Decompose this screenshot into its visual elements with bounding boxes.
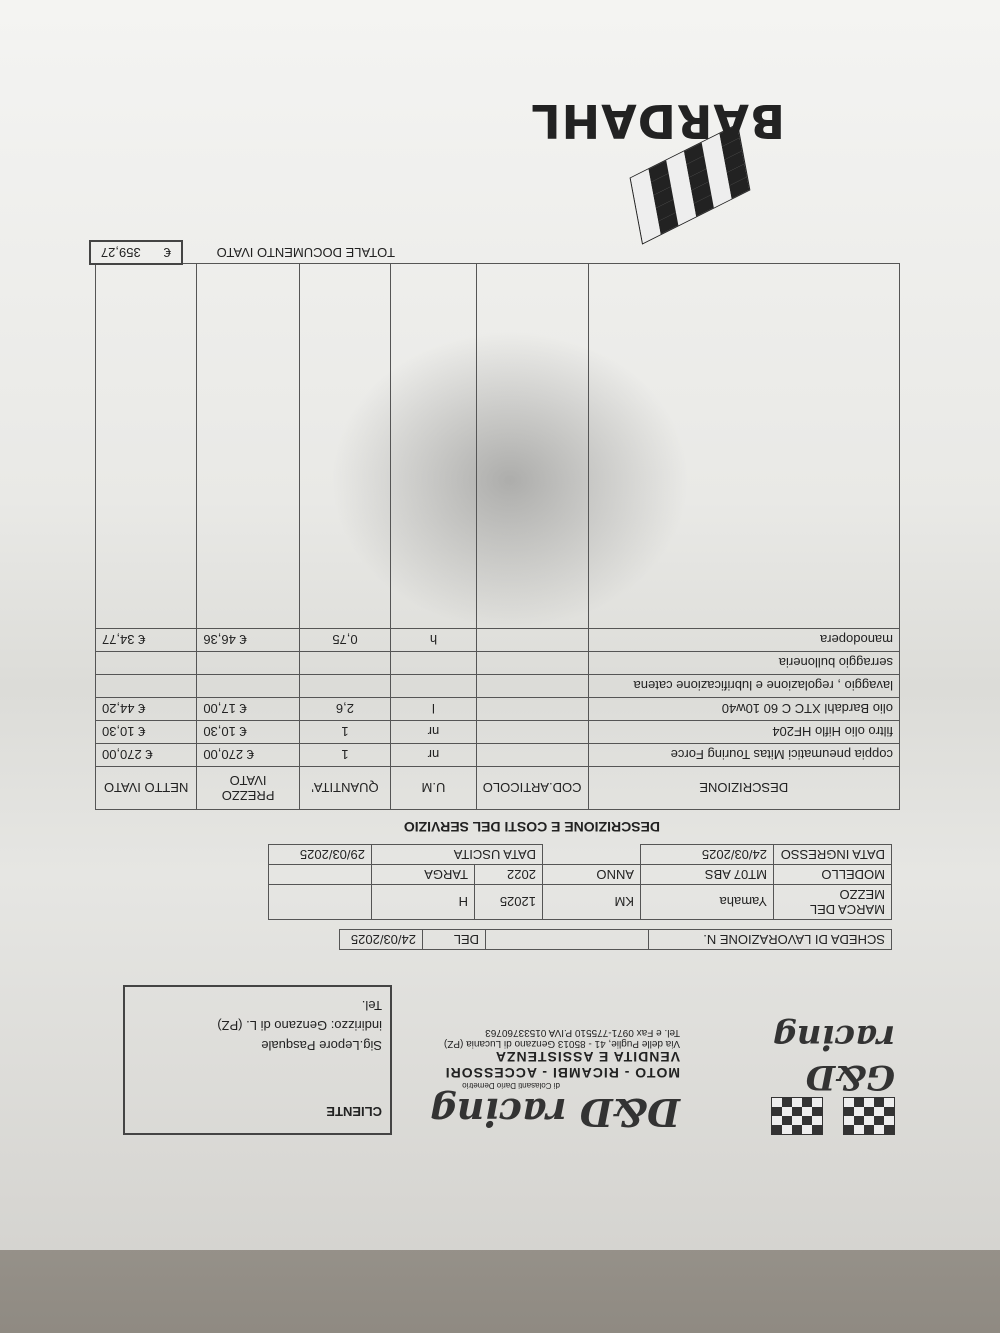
brand-mark: G&D racing bbox=[725, 1017, 895, 1097]
checkered-flags-icon bbox=[725, 1097, 895, 1135]
brand-label: MARCA DEL MEZZO bbox=[774, 885, 892, 920]
cell-cod bbox=[476, 629, 588, 652]
bardahl-logo: BARDAHL bbox=[565, 30, 785, 230]
cell-qty bbox=[299, 652, 390, 675]
cell-um bbox=[391, 652, 477, 675]
cell-price bbox=[197, 675, 299, 698]
cell-price: € 270,00 bbox=[197, 744, 299, 767]
work-order-table: SCHEDA DI LAVORAZIONE N. DEL 24/03/2025 bbox=[339, 929, 892, 950]
work-order-label: SCHEDA DI LAVORAZIONE N. bbox=[649, 930, 892, 950]
total-row: TOTALE DOCUMENTO IVATO € 359,27 bbox=[89, 240, 395, 265]
company-logo-text: D&D racing bbox=[420, 1090, 680, 1135]
exit-date-value: 29/03/2025 bbox=[269, 845, 372, 865]
work-order-date: 24/03/2025 bbox=[340, 930, 423, 950]
company-header: D&D racing di Colasanti Dario Demetrio M… bbox=[420, 1027, 680, 1135]
services-title: DESCRIZIONE E COSTI DEL SERVIZIO bbox=[404, 819, 660, 835]
empty-cell bbox=[588, 264, 899, 629]
cell-net: € 44,20 bbox=[96, 698, 197, 721]
cell-net: € 34,77 bbox=[96, 629, 197, 652]
table-empty-space bbox=[96, 264, 900, 629]
year-label: ANNO bbox=[543, 865, 641, 885]
cell-cod bbox=[476, 698, 588, 721]
table-row: coppia pneumatici Mitas Touring Forcenr1… bbox=[96, 744, 900, 767]
cell-net: € 10,30 bbox=[96, 721, 197, 744]
cell-qty: 1 bbox=[299, 721, 390, 744]
table-row: filtro olio Hiflo HF204nr1€ 10,30€ 10,30 bbox=[96, 721, 900, 744]
client-address: indirizzo: Genzano di L. (PZ) bbox=[217, 1018, 382, 1033]
empty-cell bbox=[299, 264, 390, 629]
cell-net bbox=[96, 675, 197, 698]
empty-cell bbox=[391, 264, 477, 629]
h-label: H bbox=[372, 885, 475, 920]
cell-price: € 10,30 bbox=[197, 721, 299, 744]
cell-price bbox=[197, 652, 299, 675]
col-description: DESCRIZIONE bbox=[588, 767, 899, 810]
total-label: TOTALE DOCUMENTO IVATO bbox=[217, 245, 395, 260]
company-tagline-1: MOTO - RICAMBI - ACCESSORI bbox=[420, 1065, 680, 1081]
company-owner: di Colasanti Dario Demetrio bbox=[420, 1081, 560, 1090]
h-value bbox=[269, 885, 372, 920]
table-row: olio Bardahl XTC C 60 10w40l2,6€ 17,00€ … bbox=[96, 698, 900, 721]
sponsor-name: BARDAHL bbox=[565, 94, 785, 148]
company-tagline-2: VENDITA E ASSISTENZA bbox=[420, 1049, 680, 1065]
cell-cod bbox=[476, 652, 588, 675]
cell-desc: filtro olio Hiflo HF204 bbox=[588, 721, 899, 744]
col-price: PREZZO IVATO bbox=[197, 767, 299, 810]
client-box: CLIENTE Sig.Lepore Pasquale indirizzo: G… bbox=[123, 985, 392, 1135]
cell-desc: manodopera bbox=[588, 629, 899, 652]
cell-cod bbox=[476, 721, 588, 744]
work-order-del-label: DEL bbox=[423, 930, 486, 950]
brand-value: Yamaha bbox=[641, 885, 774, 920]
cell-qty bbox=[299, 675, 390, 698]
cell-um bbox=[391, 675, 477, 698]
cell-desc: lavaggio , regolazione e lubrificazione … bbox=[588, 675, 899, 698]
client-label: CLIENTE bbox=[326, 1104, 382, 1119]
cell-um: l bbox=[391, 698, 477, 721]
cell-cod bbox=[476, 744, 588, 767]
table-row: manodoperah0,75€ 46,36€ 34,77 bbox=[96, 629, 900, 652]
cell-um: nr bbox=[391, 721, 477, 744]
table-row: serraggio bulloneria bbox=[96, 652, 900, 675]
cell-net bbox=[96, 652, 197, 675]
model-label: MODELLO bbox=[774, 865, 892, 885]
cell-um: h bbox=[391, 629, 477, 652]
cell-qty: 0,75 bbox=[299, 629, 390, 652]
total-currency: € bbox=[164, 245, 171, 260]
entry-date-value: 24/03/2025 bbox=[641, 845, 774, 865]
model-value: MT07 ABS bbox=[641, 865, 774, 885]
vehicle-table: MARCA DEL MEZZO Yamaha KM 12025 H MODELL… bbox=[268, 844, 892, 920]
spacer bbox=[543, 845, 641, 865]
col-net: NETTO IVATO bbox=[96, 767, 197, 810]
cell-net: € 270,00 bbox=[96, 744, 197, 767]
total-value: 359,27 bbox=[101, 245, 141, 260]
total-box: € 359,27 bbox=[89, 240, 183, 265]
empty-cell bbox=[197, 264, 299, 629]
racing-logo: G&D racing bbox=[725, 1025, 895, 1135]
km-label: KM bbox=[543, 885, 641, 920]
col-unit: U.M bbox=[391, 767, 477, 810]
cell-desc: coppia pneumatici Mitas Touring Force bbox=[588, 744, 899, 767]
plate-label: TARGA bbox=[372, 865, 475, 885]
cell-cod bbox=[476, 675, 588, 698]
year-value: 2022 bbox=[475, 865, 543, 885]
work-order-number bbox=[486, 930, 649, 950]
col-code: COD.ARTICOLO bbox=[476, 767, 588, 810]
exit-date-label: DATA USCITA bbox=[372, 845, 543, 865]
cell-price: € 46,36 bbox=[197, 629, 299, 652]
col-quantity: QUANTITA' bbox=[299, 767, 390, 810]
km-value: 12025 bbox=[475, 885, 543, 920]
client-name: Sig.Lepore Pasquale bbox=[261, 1038, 382, 1053]
cell-um: nr bbox=[391, 744, 477, 767]
services-table: DESCRIZIONE COD.ARTICOLO U.M QUANTITA' P… bbox=[95, 263, 900, 810]
company-address: Via delle Puglie, 41 - 85013 Genzano di … bbox=[420, 1038, 680, 1049]
cell-price: € 17,00 bbox=[197, 698, 299, 721]
cell-desc: olio Bardahl XTC C 60 10w40 bbox=[588, 698, 899, 721]
invoice-document: CLIENTE Sig.Lepore Pasquale indirizzo: G… bbox=[0, 0, 1000, 1250]
table-row: lavaggio , regolazione e lubrificazione … bbox=[96, 675, 900, 698]
company-contacts: Tel. e Fax 0971-775510 P.IVA 01533760763 bbox=[420, 1027, 680, 1038]
cell-qty: 2,6 bbox=[299, 698, 390, 721]
plate-value bbox=[269, 865, 372, 885]
cell-qty: 1 bbox=[299, 744, 390, 767]
entry-date-label: DATA INGRESSO bbox=[774, 845, 892, 865]
cell-desc: serraggio bulloneria bbox=[588, 652, 899, 675]
empty-cell bbox=[476, 264, 588, 629]
empty-cell bbox=[96, 264, 197, 629]
client-tel: Tel. bbox=[362, 998, 382, 1013]
